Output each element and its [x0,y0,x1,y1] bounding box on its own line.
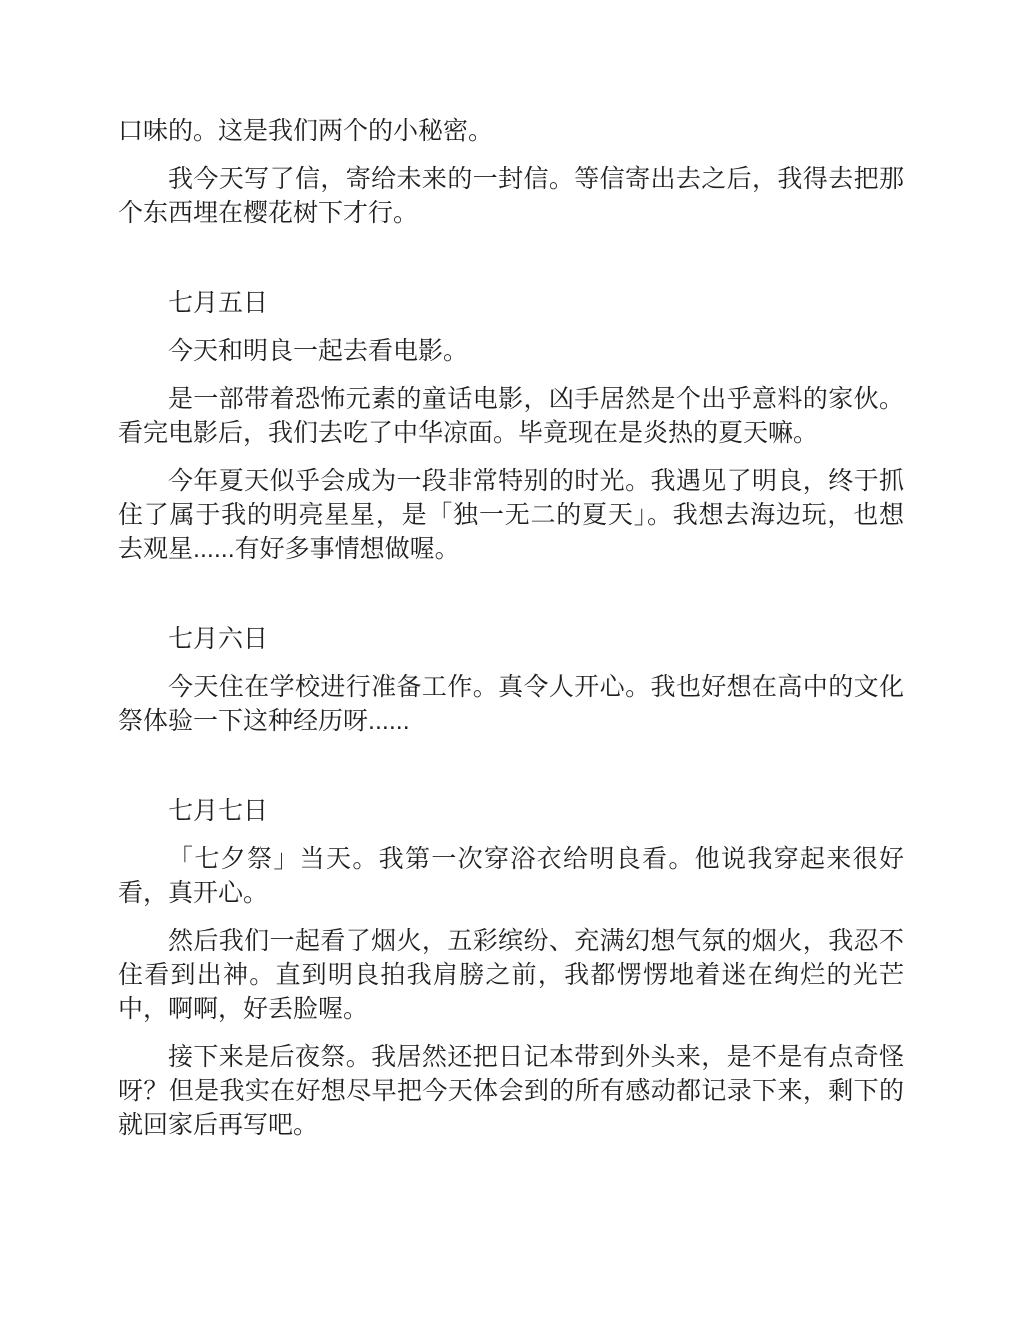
entry-july-7-paragraph-3: 接下来是后夜祭。我居然还把日记本带到外头来，是不是有点奇怪呀？但是我实在好想尽早… [118,1040,904,1142]
entry-july-7-paragraph-2: 然后我们一起看了烟火，五彩缤纷、充满幻想气氛的烟火，我忍不住看到出神。直到明良拍… [118,924,904,1026]
intro-paragraph: 我今天写了信，寄给未来的一封信。等信寄出去之后，我得去把那个东西埋在樱花树下才行… [118,162,904,230]
diary-page: 口味的。这是我们两个的小秘密。 我今天写了信，寄给未来的一封信。等信寄出去之后，… [0,0,1020,1320]
entry-date-july-7: 七月七日 [118,794,904,828]
diary-text-content: 口味的。这是我们两个的小秘密。 我今天写了信，寄给未来的一封信。等信寄出去之后，… [118,114,904,1142]
entry-july-6-paragraph-1: 今天住在学校进行准备工作。真令人开心。我也好想在高中的文化祭体验一下这种经历呀.… [118,670,904,738]
entry-july-5-paragraph-1: 今天和明良一起去看电影。 [118,334,904,368]
entry-july-5-paragraph-3: 今年夏天似乎会成为一段非常特别的时光。我遇见了明良，终于抓住了属于我的明亮星星，… [118,464,904,566]
intro-continuation-paragraph: 口味的。这是我们两个的小秘密。 [118,114,904,148]
entry-date-july-5: 七月五日 [118,286,904,320]
entry-july-5-paragraph-2: 是一部带着恐怖元素的童话电影，凶手居然是个出乎意料的家伙。看完电影后，我们去吃了… [118,382,904,450]
entry-july-7-paragraph-1: 「七夕祭」当天。我第一次穿浴衣给明良看。他说我穿起来很好看，真开心。 [118,842,904,910]
entry-date-july-6: 七月六日 [118,622,904,656]
